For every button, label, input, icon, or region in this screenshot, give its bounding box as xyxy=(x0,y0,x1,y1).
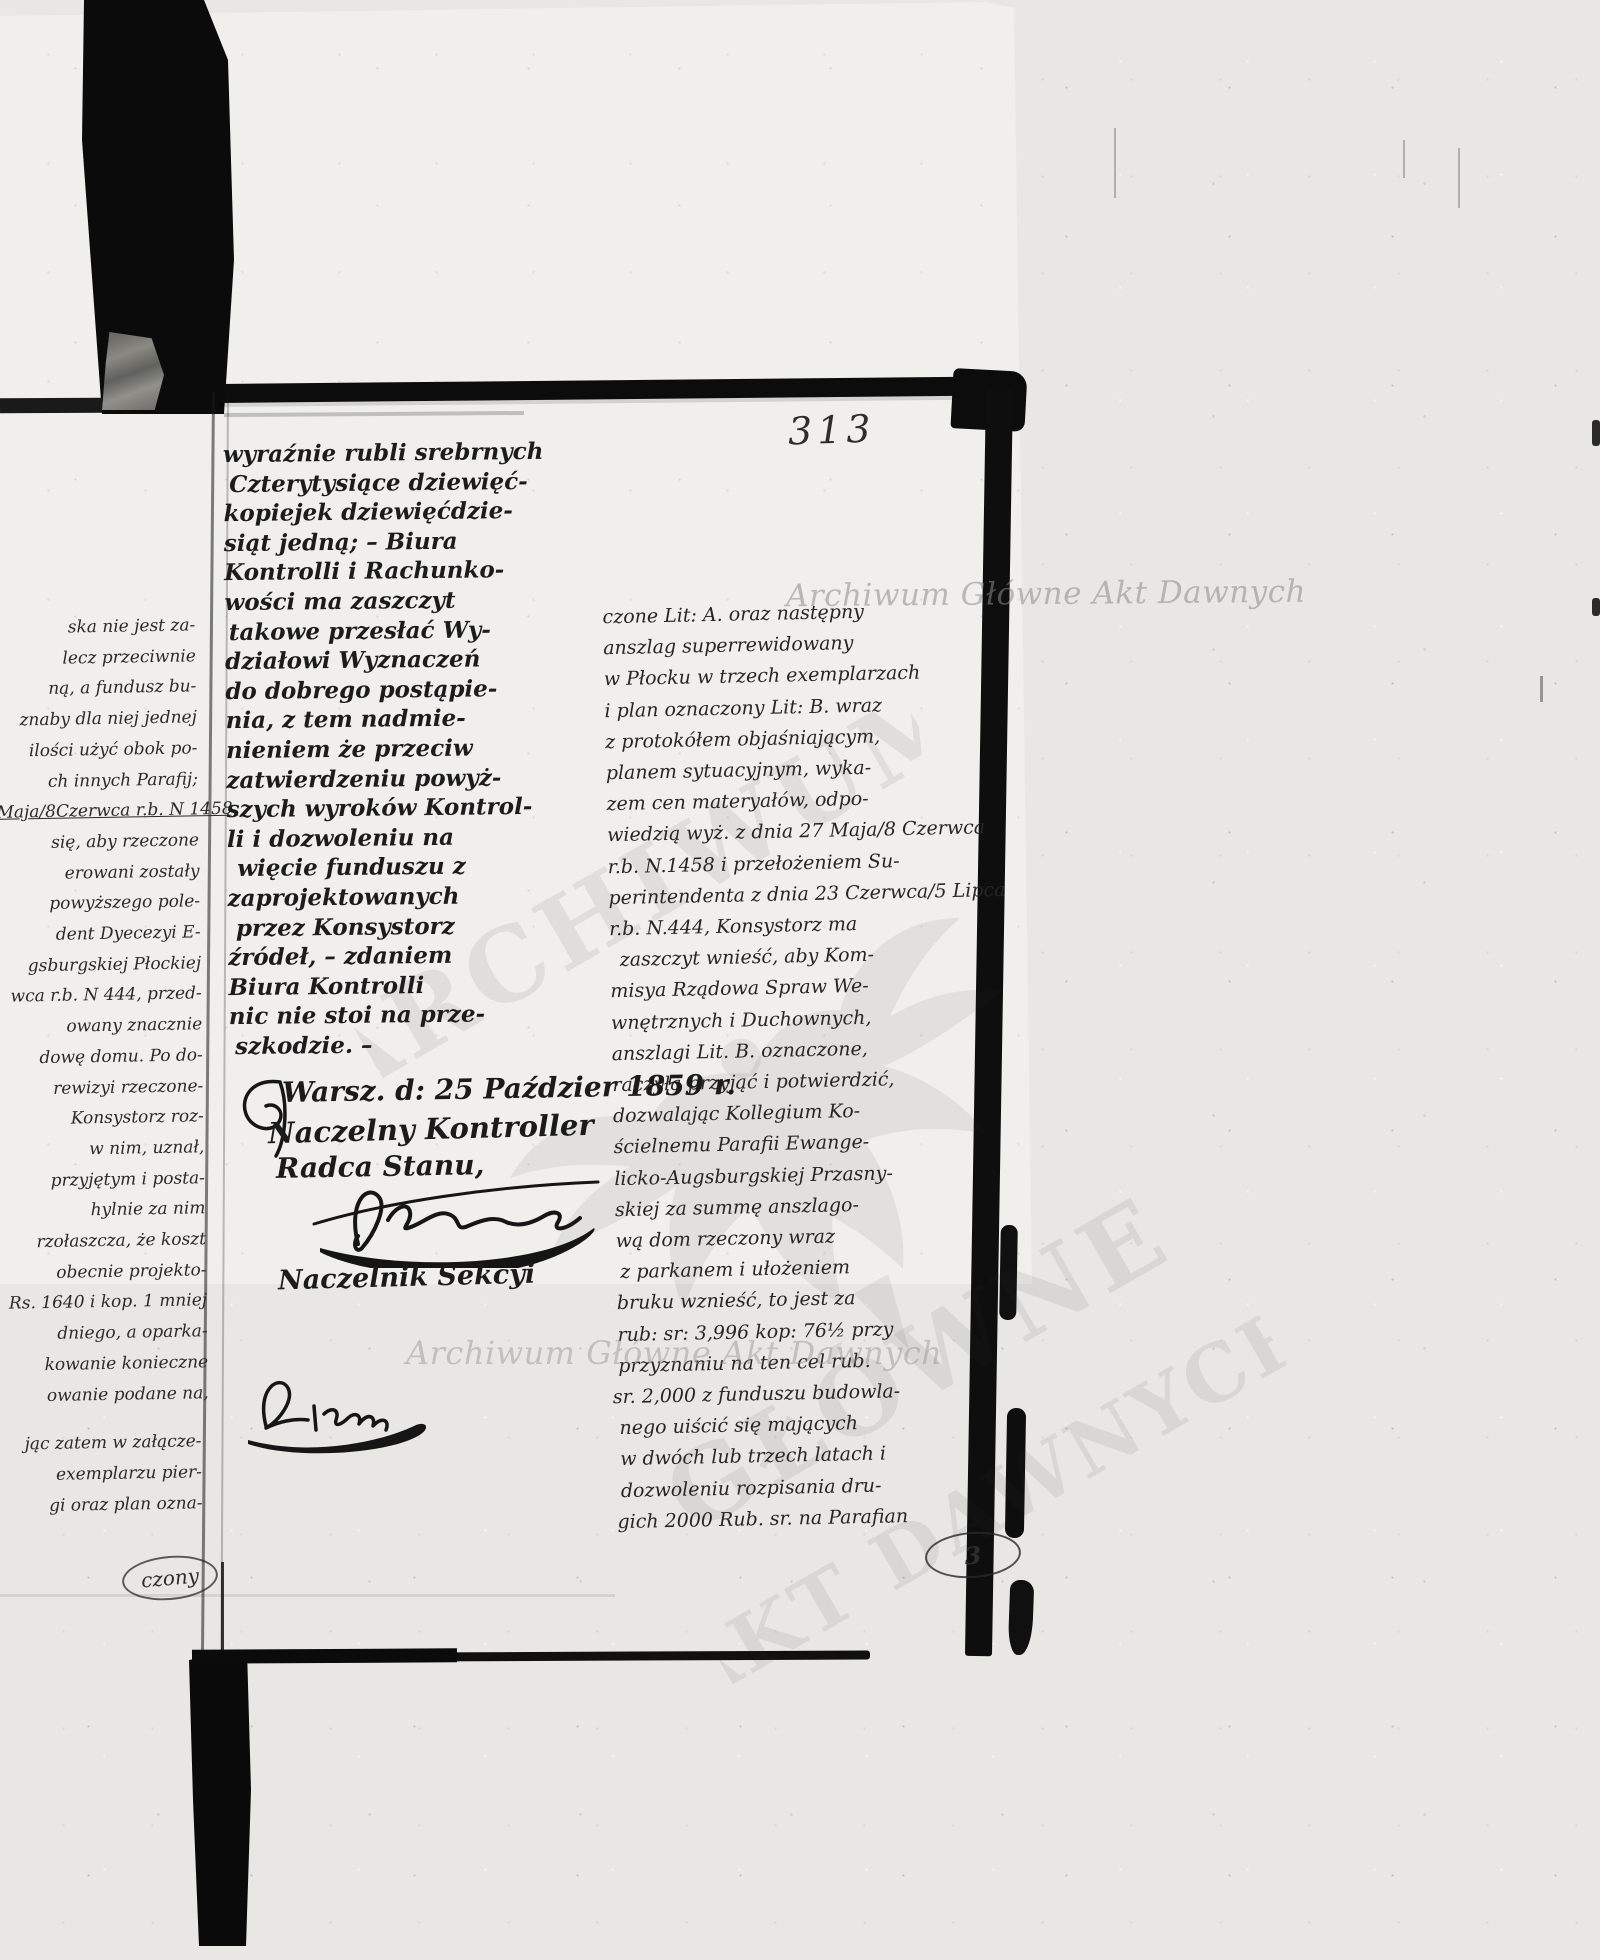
handwritten-line: się, aby rzeczone xyxy=(0,825,203,859)
watermark-text-middle: Archiwum Główne Akt Dawnych xyxy=(406,1334,942,1372)
handwritten-line: znaby dla niej jednej xyxy=(0,702,201,736)
right-text-column: czone Lit: A. oraz następnyanszlag super… xyxy=(602,594,1022,1538)
handwritten-line: takowe przesłać Wy- xyxy=(229,613,635,647)
handwritten-line: dniego, a oparka- xyxy=(5,1316,212,1350)
left-text-column: wyraźnie rubli srebrnychCzterytysiące dz… xyxy=(223,436,639,1062)
handwritten-line: źródeł, – zdaniem xyxy=(228,939,638,973)
handwritten-line: zaprojektowanych xyxy=(227,880,637,914)
handwritten-line: kopiejek dziewięćdzie- xyxy=(223,495,633,529)
handwritten-line: więcie funduszu z xyxy=(237,850,637,884)
handwritten-line: szkodzie. – xyxy=(235,1028,639,1062)
handwritten-line: Rs. 1640 i kop. 1 mniej xyxy=(5,1286,212,1320)
page-fold-crease xyxy=(221,1562,224,1657)
film-strip-bottom xyxy=(183,1650,255,1946)
handwritten-line: rzołaszcza, że koszt xyxy=(4,1224,211,1258)
page-number: 313 xyxy=(787,406,876,453)
handwritten-line: wca r.b. N 444, przed- xyxy=(0,979,206,1013)
handwritten-line: siąt jedną; – Biura xyxy=(224,525,634,559)
scratch-mark xyxy=(1114,128,1116,198)
handwritten-line: ilości użyć obok po- xyxy=(0,733,202,767)
oval-annotation-right-text: 3 xyxy=(964,1540,983,1570)
handwritten-line: ną, a fundusz bu- xyxy=(0,672,201,706)
handwritten-line: przez Konsystorz xyxy=(236,909,638,943)
handwritten-line: exemplarzu pier- xyxy=(0,1457,206,1492)
handwritten-line: owanie podane na, xyxy=(6,1378,213,1412)
handwritten-line: dent Dyecezyi E- xyxy=(0,917,205,951)
handwritten-line: gi oraz plan ozna- xyxy=(0,1488,207,1523)
handwritten-line: nieniem że przeciw xyxy=(226,732,636,766)
handwritten-line: Kontrolli i Rachunko- xyxy=(224,554,634,588)
handwritten-line: przyjętym i posta- xyxy=(3,1163,210,1197)
handwritten-line: szych wyroków Kontrol- xyxy=(226,791,636,825)
handwritten-line: erowani zostały xyxy=(0,856,204,890)
handwritten-line: lecz przeciwnie xyxy=(0,641,200,675)
page-bottom-crease xyxy=(0,1594,615,1597)
handwritten-line: działowi Wyznaczeń xyxy=(225,643,635,677)
handwritten-line: Konsystorz roz- xyxy=(2,1101,209,1135)
previous-page-edge: ska nie jest za-lecz przeciwnieną, a fun… xyxy=(0,610,213,1412)
handwritten-line: zatwierdzeniu powyż- xyxy=(226,761,636,795)
handwritten-line: wości ma zaszczyt xyxy=(224,584,634,618)
handwritten-line: do dobrego postąpie- xyxy=(225,673,635,707)
handwritten-line: ch innych Parafij; xyxy=(0,764,202,798)
scratch-mark xyxy=(1540,676,1543,702)
handwritten-line: Czterytysiące dziewięć- xyxy=(229,465,633,499)
handwritten-line: li i dozwoleniu na xyxy=(227,821,637,855)
previous-page-closing-lines: jąc zatem w załącze-exemplarzu pier-gi o… xyxy=(0,1426,207,1523)
handwritten-line: rewizyi rzeczone- xyxy=(1,1071,208,1105)
film-edge-line-thick xyxy=(192,1648,457,1663)
handwritten-line: kowanie konieczne xyxy=(6,1347,213,1381)
handwritten-line: nia, z tem nadmie- xyxy=(226,702,636,736)
scratch-mark xyxy=(1458,148,1460,208)
edge-nub-mark xyxy=(1592,420,1600,446)
official-signature-flourish xyxy=(296,1172,612,1268)
oval-annotation-left-text: czony xyxy=(140,1564,200,1593)
handwritten-line: dowę domu. Po do- xyxy=(1,1040,208,1074)
handwritten-line: obecnie projekto- xyxy=(4,1255,211,1289)
section-chief-signature-flourish xyxy=(236,1368,450,1458)
handwritten-line: Maja/8Czerwca r.b. N 1458, xyxy=(0,794,203,828)
handwritten-line: hylnie za nim xyxy=(3,1194,210,1228)
section-chief-title: Naczelnik Sekcyi xyxy=(278,1259,536,1297)
handwritten-line: w nim, uznał, xyxy=(2,1132,209,1166)
handwritten-line: nic nie stoi na prze- xyxy=(229,998,639,1032)
watermark-text-top: Archiwum Główne Akt Dawnych xyxy=(786,574,1306,615)
handwritten-line: Biura Kontrolli xyxy=(228,969,638,1003)
handwritten-line: powyższego pole- xyxy=(0,887,204,921)
scratch-mark xyxy=(1403,140,1405,178)
handwritten-line: wyraźnie rubli srebrnych xyxy=(223,436,633,470)
edge-nub-mark xyxy=(1592,598,1600,616)
handwritten-line: owany znacznie xyxy=(0,1009,207,1043)
scanned-document: ARCHIWUM GŁÓWNE AKT DAWNYCH ska nie jest… xyxy=(0,0,1600,1960)
handwritten-line: jąc zatem w załącze- xyxy=(0,1426,206,1461)
page-top-border-left-segment xyxy=(0,398,102,414)
handwritten-line: gsburgskiej Płockiej xyxy=(0,948,205,982)
handwritten-line: ska nie jest za- xyxy=(0,610,200,644)
